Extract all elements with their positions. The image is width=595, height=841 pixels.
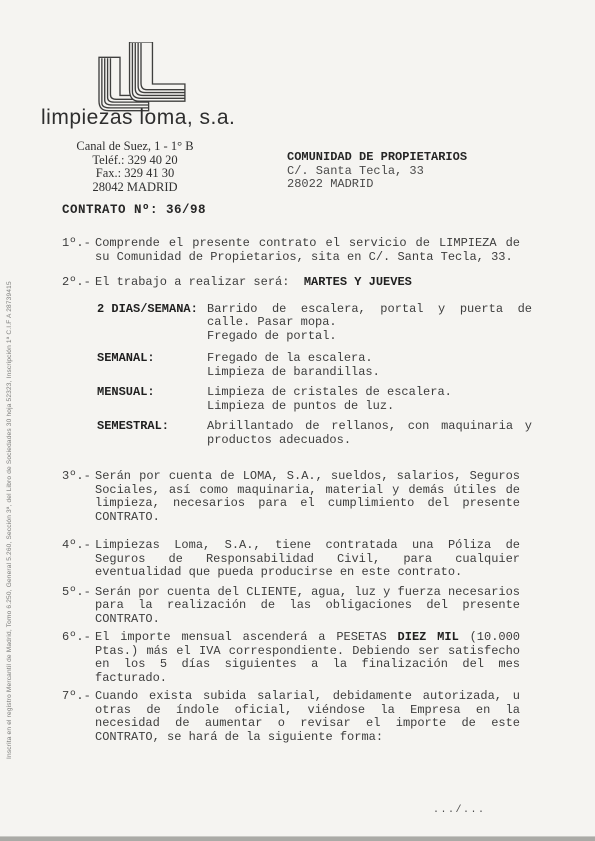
clause-text-part: El importe mensual ascenderá a PESETAS (95, 630, 398, 644)
schedule-desc: Abrillantado de rellanos, con maquinaria… (207, 420, 532, 447)
clause-number: 3º.- (62, 470, 95, 524)
address-line: 28042 MADRID (60, 181, 210, 195)
clause-2: 2º.- El trabajo a realizar será:MARTES Y… (62, 276, 532, 290)
schedule-row-mensual: MENSUAL: Limpieza de cristales de escale… (97, 386, 532, 413)
contract-body: 1º.- Comprende el presente contrato el s… (62, 237, 532, 744)
clause-text: Comprende el presente contrato el servic… (95, 237, 520, 264)
clause-text: El trabajo a realizar será:MARTES Y JUEV… (95, 276, 520, 290)
schedule-desc: Fregado de la escalera. Limpieza de bara… (207, 352, 532, 379)
clause-text-part: El trabajo a realizar será: (95, 275, 289, 289)
clause-4: 4º.- Limpiezas Loma, S.A., tiene contrat… (62, 539, 532, 580)
schedule-desc: Barrido de escalera, portal y puerta de … (207, 303, 532, 344)
clause-7: 7º.- Cuando exista subida salarial, debi… (62, 690, 532, 744)
clause-6: 6º.- El importe mensual ascenderá a PESE… (62, 631, 532, 685)
schedule-label: SEMANAL: (97, 352, 207, 379)
schedule-row-2dias: 2 DIAS/SEMANA: Barrido de escalera, port… (97, 303, 532, 344)
schedule-line: Fregado de la escalera. (207, 352, 532, 366)
schedule-row-semanal: SEMANAL: Fregado de la escalera. Limpiez… (97, 352, 532, 379)
recipient-name: COMUNIDAD DE PROPIETARIOS (287, 151, 467, 165)
recipient-street: C/. Santa Tecla, 33 (287, 165, 467, 179)
clause-number: 2º.- (62, 276, 95, 290)
clause-number: 7º.- (62, 690, 95, 744)
clause-text: Serán por cuenta del CLIENTE, agua, luz … (95, 586, 520, 627)
clause-number: 4º.- (62, 539, 95, 580)
schedule-line: Limpieza de cristales de escalera. (207, 386, 532, 400)
clause-5: 5º.- Serán por cuenta del CLIENTE, agua,… (62, 586, 532, 627)
clause-3: 3º.- Serán por cuenta de LOMA, S.A., sue… (62, 470, 532, 524)
schedule-label: SEMESTRAL: (97, 420, 207, 447)
cleaning-schedule: 2 DIAS/SEMANA: Barrido de escalera, port… (97, 303, 532, 448)
schedule-line: Fregado de portal. (207, 330, 532, 344)
page-continuation-marker: .../... (433, 805, 486, 816)
schedule-desc: Limpieza de cristales de escalera. Limpi… (207, 386, 532, 413)
company-name: limpiezas loma, s.a. (41, 106, 235, 130)
clause-text: Cuando exista subida salarial, debidamen… (95, 690, 520, 744)
clause-1: 1º.- Comprende el presente contrato el s… (62, 237, 532, 264)
amount-bold: DIEZ MIL (398, 630, 459, 644)
clause-text: El importe mensual ascenderá a PESETAS D… (95, 631, 520, 685)
address-line: Fax.: 329 41 30 (60, 167, 210, 181)
schedule-line: Limpieza de puntos de luz. (207, 400, 532, 414)
schedule-label: MENSUAL: (97, 386, 207, 413)
schedule-line: Barrido de escalera, portal y puerta de … (207, 303, 532, 330)
clause-text: Limpiezas Loma, S.A., tiene contratada u… (95, 539, 520, 580)
recipient-block: COMUNIDAD DE PROPIETARIOS C/. Santa Tecl… (287, 151, 467, 192)
scan-edge-strip (0, 836, 595, 841)
scanned-contract-page: limpiezas loma, s.a. Canal de Suez, 1 - … (0, 0, 595, 841)
company-address: Canal de Suez, 1 - 1° B Teléf.: 329 40 2… (60, 140, 210, 194)
clause-number: 1º.- (62, 237, 95, 264)
schedule-line: Limpieza de barandillas. (207, 366, 532, 380)
schedule-label: 2 DIAS/SEMANA: (97, 303, 207, 344)
schedule-line: Abrillantado de rellanos, con maquinaria… (207, 420, 532, 447)
clause-number: 6º.- (62, 631, 95, 685)
recipient-city: 28022 MADRID (287, 178, 467, 192)
contract-number: CONTRATO Nº: 36/98 (62, 203, 206, 217)
schedule-row-semestral: SEMESTRAL: Abrillantado de rellanos, con… (97, 420, 532, 447)
address-line: Canal de Suez, 1 - 1° B (60, 140, 210, 154)
service-days: MARTES Y JUEVES (304, 275, 412, 289)
registry-side-note: Inscrita en el registro Mercantil de Mad… (6, 283, 13, 759)
clause-text: Serán por cuenta de LOMA, S.A., sueldos,… (95, 470, 520, 524)
clause-number: 5º.- (62, 586, 95, 627)
address-line: Teléf.: 329 40 20 (60, 154, 210, 168)
